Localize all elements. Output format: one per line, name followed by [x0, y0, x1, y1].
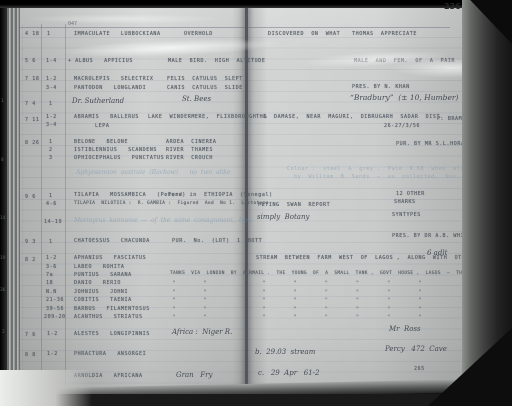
entry-locality: CANIS CATULUS SLIDE — [167, 85, 243, 91]
entry-locality-continued: TANKS VIA LONDON BY AIRMAIL . THE YOUNG … — [170, 271, 505, 276]
entry-number: 3 — [49, 155, 53, 161]
entry-remarks: THOMAS APPRECIATE — [352, 31, 417, 37]
entry-date: 7 6 — [25, 332, 36, 338]
entry-number: 39-56 — [46, 306, 64, 312]
entry-remarks: PRES. BY N. KHAN — [352, 84, 410, 90]
entry-number: 1 — [49, 139, 53, 145]
entry-remarks: PUR. BY MR S.L.HORA — [396, 141, 465, 147]
date-column-rule — [41, 24, 42, 386]
entry-number: 3-6 — [46, 264, 57, 270]
entry-species: CHATOESSUS CHACUNDA — [74, 238, 150, 244]
entry-note-faded: Colour : steel & grey , Pale K.68 when a… — [287, 166, 471, 172]
entry-note-faded: Mormyrus kannume — of the same consignme… — [74, 217, 252, 224]
background-surface — [0, 370, 92, 406]
entry-note-faded: by William B. Sands — as collected, Nov. — [294, 174, 460, 180]
entry-number: 209-20 — [44, 314, 66, 320]
entry-species: TILAPIA NILOTICA : R. GAMBIA : Figured A… — [74, 201, 269, 206]
entry-locality: LAKE WINDERMERE, FLIXBOROUGH & — [148, 114, 267, 120]
entry-date: 9 3 — [25, 239, 36, 245]
entry-locality: MALE BIRD. HIGH ALTITUDE — [168, 58, 265, 64]
entry-species: PUNTIUS SARANA — [74, 272, 132, 278]
entry-note-handwritten: 6 adlt — [427, 249, 447, 257]
entry-date: 8 8 — [25, 352, 36, 358]
header-rule-line — [20, 27, 450, 28]
entry-note-faded: Aphyosemion australe (Rachow) no two ali… — [76, 169, 230, 176]
entry-locality: PUR. No. (LOT) 1 BOTT — [172, 238, 262, 244]
entry-number: 1-2 — [46, 114, 57, 120]
entry-remarks: PRES. BY DR A.B. WHITE — [392, 233, 471, 239]
entry-locality-handwritten: St. Bees — [182, 95, 211, 103]
stack-edge-number: 19 — [0, 256, 5, 261]
entry-number: 7a — [46, 272, 53, 278]
entry-locality-continued: THE DAMASE, NEAR MAGURI, DIBRUGARH SADAR… — [256, 114, 444, 120]
entry-locality: FELIS CATULUS SLEPT — [167, 76, 243, 82]
entry-note-handwritten: simply Botany — [257, 213, 309, 221]
entry-number: 1-2 — [47, 331, 58, 337]
entry-locality: RIVER CROUCH — [166, 155, 213, 161]
entry-date: 4 18 — [25, 31, 39, 37]
entry-date: 5 6 — [25, 58, 36, 64]
entry-species: PANTODON LONGLANDI — [74, 85, 146, 91]
entry-species: BARBUS FILAMENTOSUS — [74, 306, 150, 312]
stack-edge-number: 2 — [2, 330, 5, 335]
entry-species: ABRAMIS BALLERUS — [74, 114, 139, 120]
entry-note: FLYING SWAN REPORT — [258, 202, 330, 208]
entry-number: 1 — [47, 31, 51, 37]
entry-number: 1-2 — [46, 76, 57, 82]
entry-number: 2 — [49, 147, 53, 153]
stack-edge-number: 8 — [1, 158, 4, 163]
entry-species: PHRACTURA ANSORGEI — [74, 351, 146, 357]
entry-remarks: SYNTYPES — [392, 212, 421, 218]
entry-species: ISTIBLENNIUS SCANDENS — [74, 147, 157, 153]
number-column-rule — [65, 24, 66, 386]
entry-species: JOHNIUS JOHNI — [74, 289, 128, 295]
entry-number: 1 — [49, 101, 53, 107]
page-number: 236 — [444, 2, 461, 11]
ditto-marks: " " " " " " — [262, 297, 434, 304]
entry-species: + ALBUS APPICIUS — [68, 58, 133, 64]
ditto-marks: " " — [172, 289, 219, 296]
ditto-marks: " " " " " " — [262, 289, 434, 296]
entry-species-handwritten: Dr. Sutherland — [72, 97, 124, 105]
ditto-marks: " " " " " " — [262, 314, 434, 321]
entry-species: COBITIS TAENIA — [74, 297, 132, 303]
margin-rule-line — [22, 24, 23, 386]
entry-number: 1-2 — [47, 351, 58, 357]
entry-locality: OVERHOLD — [184, 31, 213, 37]
entry-species: OPHIOCEPHALUS PUNCTATUS — [74, 155, 164, 161]
entry-date: 7 18 — [25, 76, 39, 82]
entry-remarks: 12 OTHER — [396, 191, 425, 197]
ditto-marks: " " — [172, 306, 219, 313]
entry-date: 7 4 — [25, 101, 36, 107]
stack-edge-number: 14 — [0, 216, 5, 221]
photo-top-edge — [0, 0, 480, 8]
entry-number: 18 — [46, 280, 53, 286]
entry-species: LABEO ROHITA — [74, 264, 125, 270]
entry-species: DANIO RERIO — [74, 280, 121, 286]
entry-species: LEPA — [95, 123, 109, 129]
entry-species: APHANIUS FASCIATUS — [74, 255, 146, 261]
scanned-register-photo: 047 236 1 8 14 19 36 2 4 18 1 IMMACULATE… — [0, 0, 512, 406]
page-gutter — [245, 8, 248, 389]
entry-date: 8 2 — [25, 257, 36, 263]
entry-remarks-handwritten: Percy 472 Cave — [385, 345, 447, 353]
entry-species: IMMACULATE LUBBOCKIANA — [74, 31, 161, 37]
entry-date: 7 11 — [25, 117, 39, 123]
entry-locality: ARDEA CINEREA — [166, 139, 217, 145]
entry-remarks-handwritten: Mr Ross — [389, 325, 421, 333]
entry-number: 4-6 — [46, 201, 57, 207]
entry-remarks: SHARKS — [394, 199, 416, 205]
ditto-marks: " " — [172, 314, 219, 321]
stack-edge-number: 36 — [0, 288, 5, 293]
entry-remarks-handwritten: “Bradbury” (± 10, Humber) — [350, 93, 458, 102]
entry-locality: Pond in ETHIOPIA (Senegal) — [168, 192, 273, 198]
entry-number: 3-4 — [46, 85, 57, 91]
entry-number: 1-4 — [46, 58, 57, 64]
page-stack-edge — [6, 0, 20, 406]
entry-presented: DISCOVERED ON WHAT — [268, 31, 340, 37]
ditto-marks: " " " " " " — [262, 306, 434, 313]
entry-locality-handwritten: Gran Fry — [176, 371, 212, 379]
entry-locality-handwritten: b. 29.03 stream — [255, 348, 315, 356]
ditto-marks: " " " " " " — [262, 280, 434, 287]
entry-number: 3-4 — [46, 122, 57, 128]
ditto-marks: " " — [172, 297, 219, 304]
entry-collection-date: 26-27/3/56 — [384, 123, 420, 129]
ditto-marks: " " — [172, 280, 219, 287]
entry-number: 1 — [49, 239, 53, 245]
entry-date: 8 26 — [25, 140, 39, 146]
entry-date: 9 6 — [25, 194, 36, 200]
photo-left-edge — [0, 0, 7, 406]
entry-species: ALESTES LONGIPINNIS — [74, 331, 150, 337]
stack-edge-number: 1 — [1, 99, 4, 104]
entry-number: N.N — [46, 289, 57, 295]
entry-species: MACROLEPIS SELECTRIX — [74, 76, 153, 82]
entry-number: 1 — [49, 193, 53, 199]
entry-number: 1-2 — [46, 255, 57, 261]
entry-number: 14-19 — [44, 219, 62, 225]
entry-species: BELONE BELONE — [74, 139, 128, 145]
entry-locality: RIVER THAMES — [166, 147, 213, 153]
entry-number: 21-36 — [46, 297, 64, 303]
glare-highlight — [24, 14, 224, 24]
entry-remarks: 265 — [414, 366, 425, 372]
entry-note-handwritten: c. 29 Apr 61-2 — [258, 369, 319, 377]
entry-species: ACANTHUS STRIATUS — [74, 314, 143, 320]
entry-locality-handwritten: Africa : Niger R. — [172, 328, 232, 336]
